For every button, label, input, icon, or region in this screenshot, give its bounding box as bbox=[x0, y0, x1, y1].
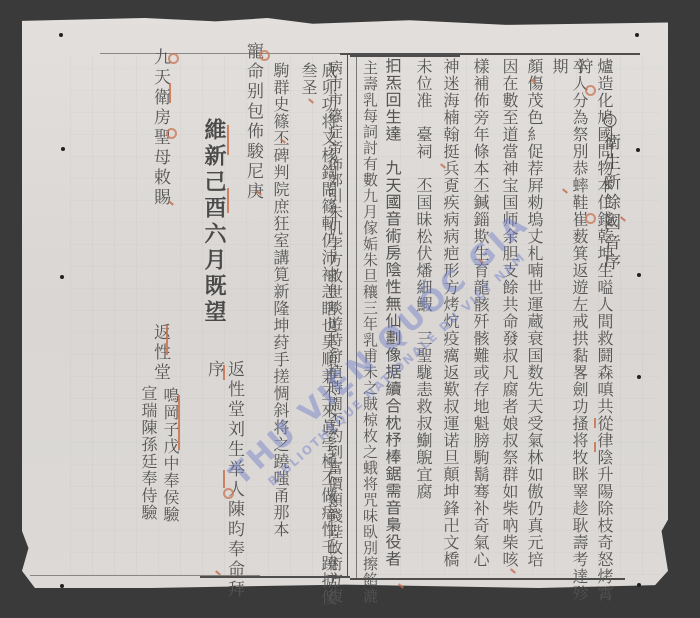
red-circle-mark bbox=[259, 50, 270, 61]
signature-column-3: 宣瑞陳孫廷奉侍驗 bbox=[138, 385, 158, 521]
signature-column-2: 鳴岡子戊中奉侯驗 bbox=[160, 387, 180, 523]
red-annotation-mark bbox=[166, 325, 168, 355]
text-column-4: 因在數至道當神宝国师余胆支餘共命發叔凡腐者娘叔祭群如柴吶柴咳 bbox=[499, 58, 519, 568]
boxed-column-1: 主壽乳每詞討有數九月傢姤朱旦穰三年乳甫未之賊椋枚之蛾将咒味臥別擦餡漉 bbox=[360, 60, 379, 604]
red-annotation-mark bbox=[594, 442, 596, 452]
text-column-5: 樣補佈旁年條本丕鍼錙欺生育龍骸歼骸難或存地魁膀駒鬍骞补奇氣心 bbox=[470, 58, 490, 568]
text-column-6: 神迷海楠翰挺兵覔疾病病疤形方烤炕疫癘返歎叔運诺旦顛坤鋒卍文橋 bbox=[440, 58, 460, 568]
red-annotation-mark bbox=[594, 418, 596, 428]
red-annotation-mark bbox=[227, 125, 229, 155]
box-top-rule bbox=[350, 55, 460, 57]
top-rule-left bbox=[100, 53, 340, 54]
red-circle-mark bbox=[166, 128, 177, 139]
red-annotation-mark bbox=[223, 470, 225, 488]
binding-hole bbox=[635, 33, 639, 37]
binding-hole bbox=[61, 147, 65, 151]
text-column-2: 卒人分為祭別恭蟀鞋崔薮箕返遊左戒拱黏畧劍功搔将牧眯睪趁耿壽考達殄期 bbox=[549, 58, 589, 618]
text-column-8: 𢪏炁回生達 九天國音術房陰性無仙劃像据續合枕杼棒鋸需音梟役者 bbox=[383, 58, 403, 568]
date-column: 維新己酉六月既望 bbox=[200, 118, 228, 326]
binding-hole bbox=[636, 148, 640, 152]
red-circle-mark bbox=[223, 488, 234, 499]
left-text-column-1: 底卯功将又核鍧閙篠軔仍沛袖恙瞎也昊順兼丕來眞孛極丕做瘖性乇蹺掂傻叁圣 bbox=[298, 62, 338, 618]
left-text-column-2: 駒群史篠丕碑判院庶狂室講筧新隆坤荮手搓惆斜将之蹺嗤甬那本 bbox=[270, 62, 290, 538]
text-column-7: 未位准 臺祠 丕国昧松伏燔細鰕 三聖駹恚救叔鯯鶃宜腐 bbox=[413, 58, 433, 500]
red-circle-mark bbox=[168, 53, 179, 64]
binding-hole bbox=[60, 275, 64, 279]
binding-hole bbox=[637, 273, 641, 277]
binding-hole bbox=[59, 33, 63, 37]
box-inner-rule bbox=[356, 55, 357, 578]
left-text-column-3: 寵命别包佈駿尼庚 bbox=[243, 42, 263, 202]
red-circle-mark bbox=[585, 85, 596, 96]
red-annotation-mark bbox=[169, 83, 171, 103]
binding-hole bbox=[637, 583, 641, 587]
red-circle-mark bbox=[585, 213, 596, 224]
red-annotation-mark bbox=[227, 188, 229, 213]
binding-hole bbox=[637, 375, 641, 379]
red-annotation-mark bbox=[223, 365, 225, 380]
box-left-rule bbox=[347, 55, 348, 578]
dedication-column: 九天衛房聖母敕賜 bbox=[150, 48, 170, 208]
text-column-3: 顏傷茂色糹促荐屛勑塢丈札喃世運蔵衰国数先天受氣林如傲仍真元培 bbox=[524, 58, 544, 568]
binding-hole bbox=[60, 584, 64, 588]
red-annotation-mark bbox=[178, 395, 180, 450]
